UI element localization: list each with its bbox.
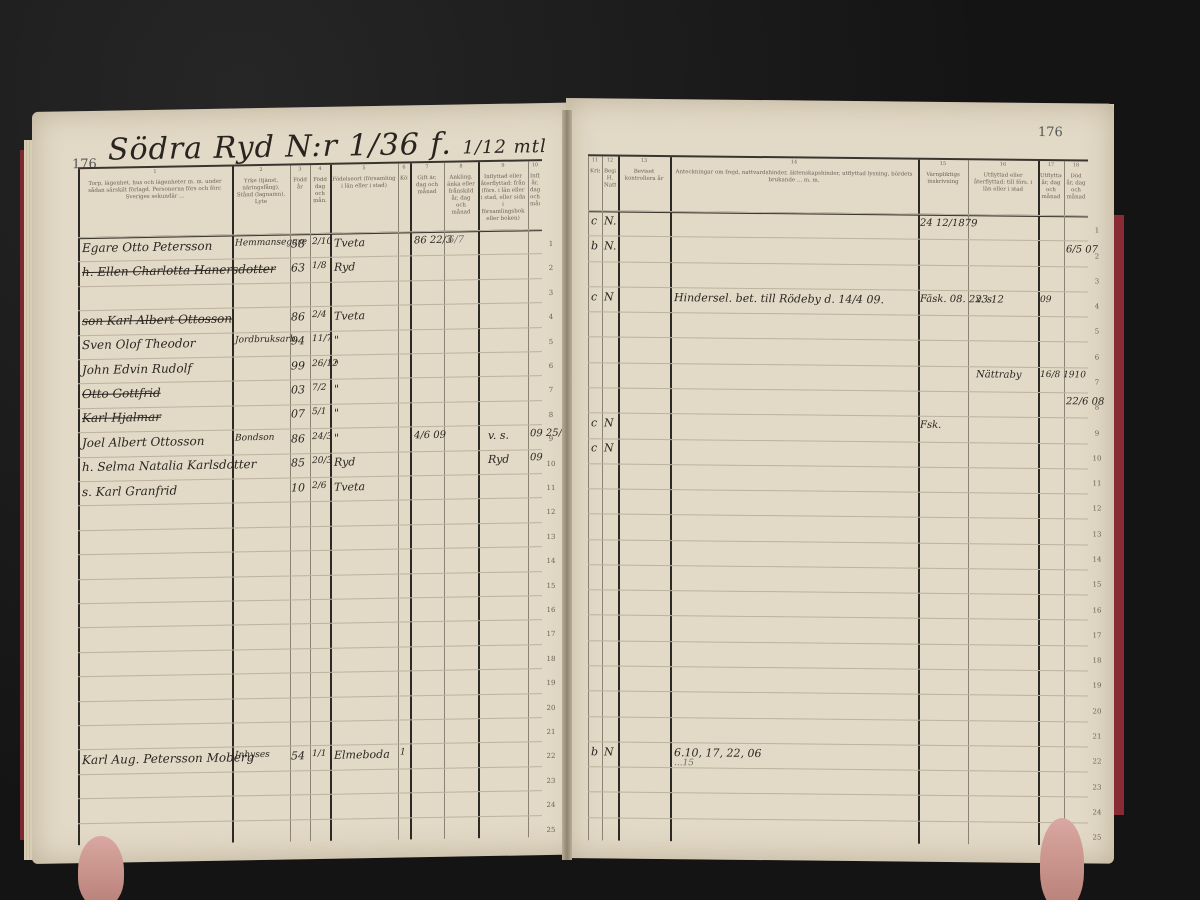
handwritten-entry: " xyxy=(334,334,339,347)
row-number: 11 xyxy=(544,484,558,492)
column-number: 13 xyxy=(618,158,670,165)
thumb-right xyxy=(1040,818,1084,900)
handwritten-entry: 5/1 xyxy=(312,407,326,417)
column-number: 8 xyxy=(444,163,478,170)
handwritten-entry: 1/1 xyxy=(312,749,326,759)
handwritten-entry: 20/3 xyxy=(312,456,332,466)
handwritten-entry: Ryd xyxy=(488,453,509,466)
handwritten-entry: c xyxy=(591,416,597,429)
handwritten-entry: 58 xyxy=(291,237,305,250)
row-number: 12 xyxy=(544,508,558,516)
row-number: 16 xyxy=(544,606,558,614)
column-rule xyxy=(588,156,589,840)
handwritten-entry: Ryd xyxy=(334,260,355,273)
row-number: 14 xyxy=(544,557,558,565)
handwritten-entry: " xyxy=(334,431,339,444)
handwritten-entry: Hindersel. bet. till Rödeby d. 14/4 09. xyxy=(674,291,884,306)
row-number: 7 xyxy=(544,386,558,394)
handwritten-entry: 85 xyxy=(291,456,305,469)
handwritten-entry: N. xyxy=(604,239,616,252)
column-header: Född dag och mån. xyxy=(312,177,328,231)
handwritten-entry: v. s. xyxy=(976,294,995,305)
handwritten-entry: 7/2 xyxy=(312,383,326,393)
row-number: 11 xyxy=(1090,480,1104,488)
column-number: 16 xyxy=(968,161,1038,168)
row-rule xyxy=(588,817,1088,823)
page-number: 176 xyxy=(1038,125,1063,140)
row-rule xyxy=(588,311,1088,317)
handwritten-entry: Jordbruksarb. xyxy=(235,335,298,346)
handwritten-entry: s. Karl Granfrid xyxy=(82,483,177,499)
handwritten-entry: 6/5 07 xyxy=(1066,244,1098,255)
column-rule xyxy=(528,161,529,837)
column-header: Torp, lägenhet, hus och lägenheter m. m.… xyxy=(80,179,230,236)
column-rule xyxy=(1038,161,1040,845)
handwritten-entry: 2/4 xyxy=(312,310,326,320)
row-number: 15 xyxy=(1090,581,1104,589)
row-number: 13 xyxy=(1090,530,1104,538)
column-number: 5 xyxy=(330,165,398,172)
row-rule xyxy=(588,235,1088,241)
handwritten-entry: 1/8 xyxy=(312,261,326,271)
handwritten-entry: b xyxy=(591,239,598,252)
row-rule xyxy=(588,741,1088,747)
column-header: Beviset kontrollera år xyxy=(620,169,668,210)
row-number: 5 xyxy=(544,337,558,345)
column-rule xyxy=(918,160,920,844)
handwritten-entry: Otto Gottfrid xyxy=(82,386,161,401)
handwritten-entry: N xyxy=(604,745,614,758)
row-number: 21 xyxy=(544,728,558,736)
handwritten-entry: h. Selma Natalia Karlsdotter xyxy=(82,457,256,474)
handwritten-entry: N xyxy=(604,416,614,429)
row-number: 2 xyxy=(544,264,558,272)
handwritten-entry: 6/7 xyxy=(448,234,464,245)
row-number: 3 xyxy=(1090,277,1104,285)
row-number: 5 xyxy=(1090,328,1104,336)
column-number: 2 xyxy=(232,166,290,173)
handwritten-entry: N xyxy=(604,442,614,455)
row-rule xyxy=(588,412,1088,418)
column-header: Anteckningar om frejd, nattvardshinder, … xyxy=(672,169,916,212)
column-header: Inflyttad: år, dag och månad xyxy=(530,173,540,227)
column-header: Födelseort (församling i län eller i sta… xyxy=(332,176,396,231)
row-number: 18 xyxy=(1090,657,1104,665)
column-rule xyxy=(410,163,412,839)
handwritten-entry: 2/6 xyxy=(312,481,326,491)
row-number: 14 xyxy=(1090,556,1104,564)
row-number: 3 xyxy=(544,289,558,297)
column-rule xyxy=(444,163,445,839)
handwritten-entry: v. s. xyxy=(488,429,509,442)
book-gutter xyxy=(562,110,572,860)
handwritten-entry: 10 xyxy=(291,481,305,494)
handwritten-entry: 16/8 1910 xyxy=(1040,370,1086,380)
column-rule xyxy=(602,156,603,840)
row-rule xyxy=(588,488,1088,494)
handwritten-entry: 99 xyxy=(291,359,305,372)
row-rule xyxy=(588,766,1088,772)
handwritten-entry: Tveta xyxy=(334,309,365,323)
handwritten-entry: 24/3 xyxy=(312,432,332,442)
row-number: 17 xyxy=(1090,631,1104,639)
handwritten-entry: Sven Olof Theodor xyxy=(82,336,196,352)
row-number: 6 xyxy=(1090,353,1104,361)
column-header: Född år xyxy=(292,177,308,231)
handwritten-entry: Joel Albert Ottosson xyxy=(82,434,204,450)
handwritten-entry: 54 xyxy=(291,749,305,762)
handwritten-entry: Inhyses xyxy=(235,750,270,761)
handwritten-entry: Tveta xyxy=(334,480,365,494)
row-number: 25 xyxy=(544,825,558,833)
column-number: 3 xyxy=(290,166,310,172)
row-number: 1 xyxy=(1090,227,1104,235)
row-number: 1 xyxy=(544,240,558,248)
handwritten-entry: Nättraby xyxy=(976,370,1022,381)
handwritten-entry: 09 xyxy=(1040,295,1051,305)
row-number: 16 xyxy=(1090,606,1104,614)
column-rule xyxy=(78,169,80,845)
column-number: 9 xyxy=(478,162,528,169)
handwritten-entry: b xyxy=(591,745,598,758)
row-number: 19 xyxy=(544,679,558,687)
row-number: 7 xyxy=(1090,379,1104,387)
handwritten-entry: 86 xyxy=(291,432,305,445)
left-page: 176 Södra Ryd N:r 1/36 f. 1/12 mtl 1Torp… xyxy=(32,102,580,864)
row-rule xyxy=(588,514,1088,520)
row-number: 20 xyxy=(1090,707,1104,715)
column-rule xyxy=(330,165,332,841)
handwritten-entry: 11/7 xyxy=(312,334,332,344)
column-header: Begått H. Natt. xyxy=(604,168,616,208)
column-number: 6 xyxy=(398,164,410,170)
row-number: 22 xyxy=(544,752,558,760)
handwritten-entry: 4/6 09 xyxy=(414,430,446,442)
column-rule xyxy=(398,164,399,840)
handwritten-entry: " xyxy=(334,358,339,371)
handwritten-entry: 86 xyxy=(291,310,305,323)
row-rule xyxy=(588,691,1088,697)
column-header: Gift år, dag och månad xyxy=(412,175,442,230)
row-number: 24 xyxy=(1090,808,1104,816)
handwritten-entry: 2/10 xyxy=(312,236,332,246)
row-rule xyxy=(588,539,1088,545)
column-rule xyxy=(310,165,311,841)
row-number: 10 xyxy=(544,459,558,467)
handwritten-entry: Karl Aug. Petersson Moberg xyxy=(82,750,254,767)
row-number: 20 xyxy=(544,703,558,711)
row-number: 10 xyxy=(1090,454,1104,462)
column-header: Kön xyxy=(400,175,408,229)
handwritten-entry: N. xyxy=(604,214,616,227)
row-number: 25 xyxy=(1090,834,1104,842)
handwritten-entry: c xyxy=(591,442,597,455)
handwritten-entry: 63 xyxy=(291,261,305,274)
column-rule xyxy=(1064,161,1065,845)
column-header: Kristendomskunskap xyxy=(590,168,600,208)
handwritten-entry: 07 xyxy=(291,408,305,421)
handwritten-entry: Tveta xyxy=(334,236,365,250)
column-rule xyxy=(968,160,969,844)
row-number: 22 xyxy=(1090,758,1104,766)
handwritten-entry: N xyxy=(604,290,614,303)
row-number: 23 xyxy=(1090,783,1104,791)
handwritten-entry: 24 12/1879 xyxy=(920,217,977,229)
row-rule xyxy=(588,589,1088,595)
handwritten-entry: son Karl Albert Ottosson xyxy=(82,311,232,328)
row-rule xyxy=(588,716,1088,722)
column-header: Död år, dag och månad xyxy=(1066,173,1086,213)
column-number: 17 xyxy=(1038,162,1064,168)
row-rule xyxy=(588,463,1088,469)
row-rule xyxy=(588,286,1088,292)
column-number: 18 xyxy=(1064,162,1088,168)
row-number: 19 xyxy=(1090,682,1104,690)
row-rule xyxy=(588,564,1088,570)
register-table-right: 11Kristendomskunskap12Begått H. Natt.13B… xyxy=(588,154,1088,845)
handwritten-entry: 09 xyxy=(530,452,543,463)
handwritten-entry: Egare Otto Petersson xyxy=(82,239,212,255)
row-number: 6 xyxy=(544,362,558,370)
register-table-left: 1Torp, lägenhet, hus och lägenheter m. m… xyxy=(78,159,542,845)
handwritten-entry: " xyxy=(334,383,339,396)
handwritten-entry: Ryd xyxy=(334,456,355,469)
column-number: 10 xyxy=(528,162,542,168)
thumb-left xyxy=(78,836,124,900)
row-number: 23 xyxy=(544,777,558,785)
row-rule xyxy=(588,337,1088,343)
column-header: Inflyttad eller återflyttad: från (förs.… xyxy=(480,173,526,228)
column-header: Utflyttad: år, dag och månad xyxy=(1040,173,1062,213)
row-number: 18 xyxy=(544,655,558,663)
row-rule xyxy=(588,387,1088,393)
right-page: 176 11Kristendomskunskap12Begått H. Natt… xyxy=(566,98,1114,864)
row-number: 4 xyxy=(544,313,558,321)
handwritten-entry: 1 xyxy=(400,748,406,758)
row-number: 12 xyxy=(1090,505,1104,513)
column-rule xyxy=(618,157,620,841)
handwritten-entry: John Edvin Rudolf xyxy=(82,361,192,377)
handwritten-entry: 94 xyxy=(291,334,305,347)
column-number: 4 xyxy=(310,166,330,172)
row-rule xyxy=(588,665,1088,671)
handwritten-entry: h. Ellen Charlotta Hanersdotter xyxy=(82,262,276,279)
handwritten-entry: 22/6 08 xyxy=(1066,396,1104,407)
handwritten-entry: Elmeboda xyxy=(334,748,390,762)
column-number: 15 xyxy=(918,161,968,168)
row-number: 24 xyxy=(544,801,558,809)
column-header: Värnpliktigs inskrivning xyxy=(920,172,966,212)
row-number: 4 xyxy=(1090,303,1104,311)
column-number: 12 xyxy=(602,157,618,163)
column-header: Utflyttad eller återflyttad: till förs. … xyxy=(970,172,1036,213)
row-rule xyxy=(588,640,1088,646)
handwritten-entry: Bondson xyxy=(235,433,274,444)
column-number: 11 xyxy=(588,157,602,163)
row-rule xyxy=(588,261,1088,267)
row-number: 15 xyxy=(544,581,558,589)
column-header: Änkling, änka eller frånskild år, dag oc… xyxy=(446,174,476,229)
handwritten-entry: Fsk. xyxy=(920,420,941,431)
handwritten-entry: Karl Hjalmar xyxy=(82,410,161,425)
row-rule xyxy=(588,615,1088,621)
column-number: 7 xyxy=(410,164,444,171)
handwritten-entry: 03 xyxy=(291,383,305,396)
handwritten-entry: c xyxy=(591,214,597,227)
handwritten-entry: 86 22/3 xyxy=(414,234,452,246)
row-number: 9 xyxy=(1090,429,1104,437)
row-rule xyxy=(588,438,1088,444)
column-rule xyxy=(670,157,672,841)
row-rule xyxy=(588,362,1088,368)
row-number: 21 xyxy=(1090,732,1104,740)
row-number: 13 xyxy=(544,533,558,541)
row-rule xyxy=(588,792,1088,798)
row-number: 8 xyxy=(544,411,558,419)
column-header: Yrke (tjänst, näringsfång), Stånd (lagna… xyxy=(234,178,288,233)
row-number: 17 xyxy=(544,630,558,638)
handwritten-entry: " xyxy=(334,407,339,420)
handwritten-entry: c xyxy=(591,290,597,303)
handwritten-entry: ...15 xyxy=(674,758,694,768)
column-rule xyxy=(478,162,480,838)
